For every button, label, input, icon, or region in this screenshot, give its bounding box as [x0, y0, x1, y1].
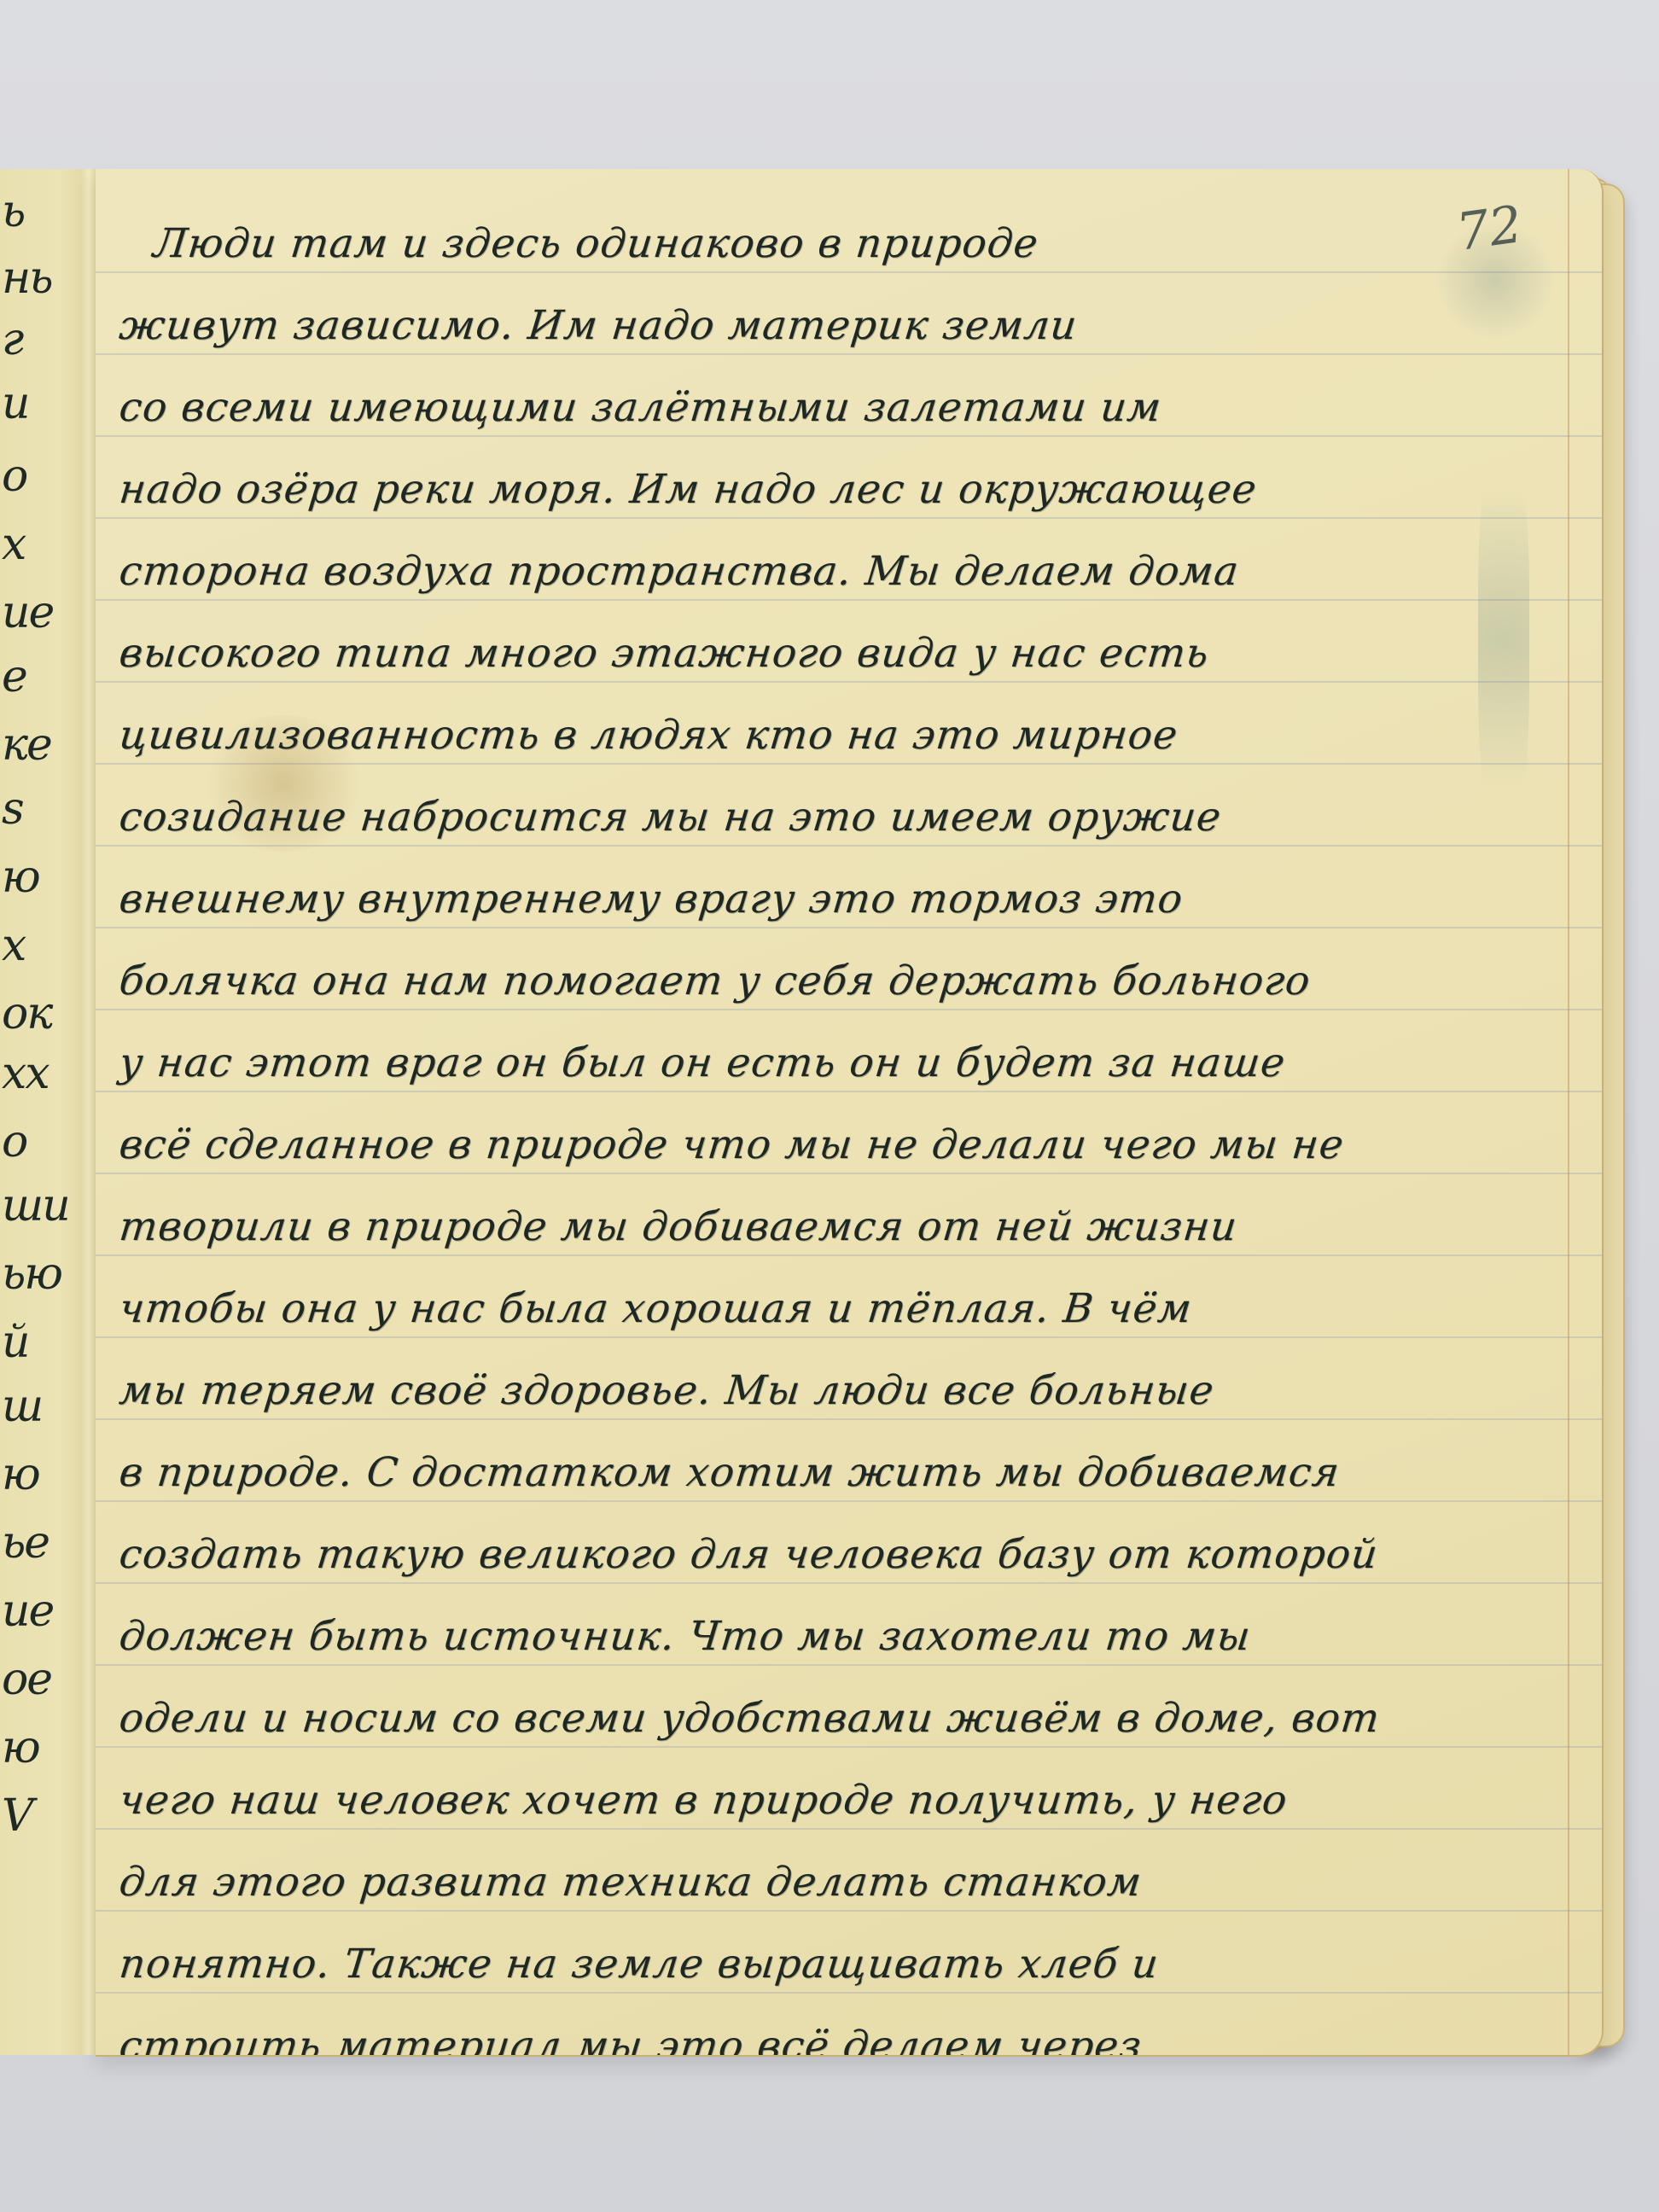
left-fragment-text: и [2, 378, 29, 429]
text-line: в природе. С достатком хотим жить мы доб… [115, 1432, 1455, 1514]
left-fragment-text: ю [2, 852, 39, 903]
left-fragment-text: х [2, 920, 25, 971]
text-line: одели и носим со всеми удобствами живём … [115, 1678, 1455, 1760]
left-fragment-text: ю [2, 1449, 39, 1500]
text-line: высокого типа много этажного вида у нас … [115, 613, 1455, 695]
left-fragment-text: ое [2, 1654, 51, 1705]
left-fragment-text: ью [2, 1249, 61, 1300]
left-fragment-text: ке [2, 719, 51, 771]
text-line: Люди там и здесь одинаково в природе [115, 203, 1455, 285]
text-line: чего наш человек хочет в природе получит… [115, 1760, 1455, 1842]
left-fragment-text: о [2, 451, 26, 502]
left-fragment-text: хх [2, 1048, 49, 1099]
left-fragment-text: ок [2, 988, 51, 1039]
text-line: со всеми имеющими залётными залетами им [115, 367, 1455, 449]
left-fragment-text: х [2, 519, 25, 570]
text-line: мы теряем своё здоровье. Мы люди все бол… [115, 1350, 1455, 1432]
left-fragment-text: ш [2, 1381, 42, 1432]
previous-page-fragment: ь нь г и о х ие е ке s ю х ок хх о ши ью… [0, 169, 87, 2055]
text-line: созидание набросится мы на это имеем ору… [115, 777, 1455, 859]
text-line: цивилизованность в людях кто на это мирн… [115, 695, 1455, 777]
text-line: сторона воздуха пространства. Мы делаем … [115, 531, 1455, 613]
text-line: болячка она нам помогает у себя держать … [115, 940, 1455, 1022]
text-line: надо озёра реки моря. Им надо лес и окру… [115, 449, 1455, 531]
left-fragment-text: о [2, 1116, 26, 1167]
text-line: строить материал мы это всё делаем через [115, 2005, 1455, 2057]
margin-line [1568, 169, 1569, 2055]
left-fragment-text: ю [2, 1722, 39, 1773]
text-line: всё сделанное в природе что мы не делали… [115, 1104, 1455, 1186]
left-fragment-text: ье [2, 1517, 49, 1569]
left-fragment-text: е [2, 651, 26, 702]
left-fragment-text: ь [2, 186, 24, 237]
text-line: живут зависимо. Им надо материк земли [115, 285, 1455, 367]
text-line: создать такую великого для человека базу… [115, 1514, 1455, 1596]
left-fragment-text: ие [2, 1586, 53, 1637]
left-fragment-text: нь [2, 253, 52, 304]
text-line: для этого развита техника делать станком [115, 1842, 1455, 1924]
text-line: чтобы она у нас была хорошая и тёплая. В… [115, 1268, 1455, 1350]
text-line: у нас этот враг он был он есть он и буде… [115, 1022, 1455, 1104]
text-line: творили в природе мы добиваемся от ней ж… [115, 1186, 1455, 1268]
notebook-spine [82, 169, 96, 2055]
left-fragment-text: ши [2, 1180, 69, 1231]
left-fragment-text: г [2, 314, 22, 365]
notebook-page: 72 Люди там и здесь одинаково в природе … [96, 169, 1604, 2057]
left-fragment-text: V [2, 1790, 32, 1842]
left-fragment-text: й [2, 1317, 29, 1368]
handwritten-text-body: Люди там и здесь одинаково в природе жив… [119, 203, 1451, 2057]
left-fragment-text: s [2, 783, 23, 835]
text-line: должен быть источник. Что мы захотели то… [115, 1596, 1455, 1678]
left-fragment-text: ие [2, 587, 53, 638]
text-line: понятно. Также на земле выращивать хлеб … [115, 1924, 1455, 2005]
text-line: внешнему внутреннему врагу это тормоз эт… [115, 859, 1455, 940]
page-number: 72 [1453, 195, 1526, 263]
ink-smudge [1478, 425, 1529, 852]
